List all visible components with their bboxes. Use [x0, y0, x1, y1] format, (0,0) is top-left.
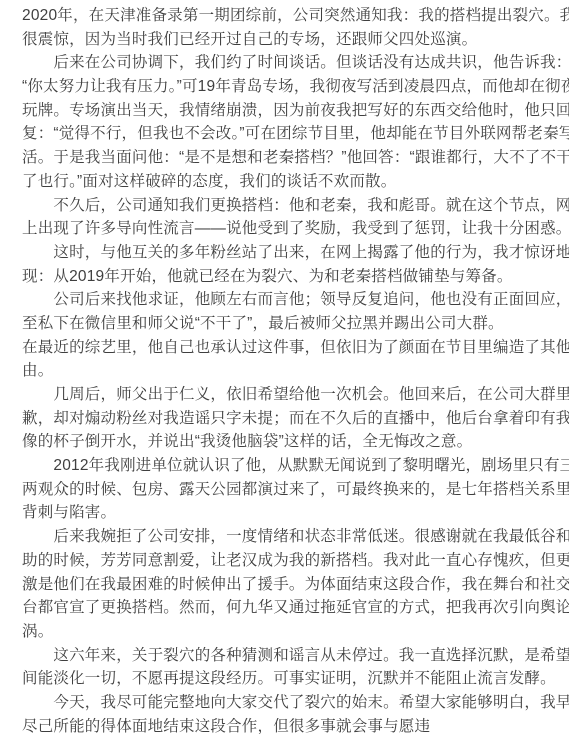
text-line: 2012年我刚进单位就认识了他，从默默无闻说到了黎明曙光，剧场里只有三: [22, 454, 569, 478]
text-line: 这时，与他互关的多年粉丝站了出来，在网上揭露了他的行为，我才惊讶地发: [22, 241, 569, 265]
text-line: “你太努力让我有压力。”可19年青岛专场，我彻夜写活到凌晨四点，而他却在彻夜: [22, 75, 569, 99]
text-line: 像的杯子倒开水，并说出“我烫他脑袋”这样的话，全无悔改之意。: [22, 430, 569, 454]
text-line: 复：“觉得不行，但我也不会改。”可在团综节目里，他却能在节目外联网帮老秦写: [22, 122, 569, 146]
text-line: 涡。: [22, 620, 569, 644]
text-line: 台都官宣了更换搭档。然而，何九华又通过拖延官宣的方式，把我再次引向舆论漩: [22, 596, 569, 620]
text-line: 今天，我尽可能完整地向大家交代了裂穴的始末。希望大家能够明白，我早已: [22, 691, 569, 715]
text-line: 很震惊，因为当时我们已经开过自己的专场，还跟师父四处巡演。: [22, 28, 569, 52]
text-line: 公司后来找他求证，他顾左右而言他；领导反复追问，他也没有正面回应，甚: [22, 288, 569, 312]
text-line: 尽己所能的得体面地结束这段合作，但很多事就会事与愿违: [22, 715, 569, 734]
article-body: 2020年，在天津准备录第一期团综前，公司突然通知我：我的搭档提出裂穴。我 很震…: [0, 0, 585, 734]
text-line: 后来在公司协调下，我们约了时间谈话。但谈话没有达成共识，他告诉我：: [22, 51, 569, 75]
text-line: 在最近的综艺里，他自己也承认过这件事，但依旧为了颜面在节目里编造了其他理: [22, 336, 569, 360]
text-line: 间能淡化一切，不愿再提这段经历。可事实证明，沉默并不能阻止流言发酵。: [22, 667, 569, 691]
text-line: 背刺与陷害。: [22, 501, 569, 525]
text-line: 两观众的时候、包房、露天公园都演过来了，可最终换来的，是七年搭档关系里的: [22, 478, 569, 502]
text-line: 上出现了许多导向性流言——说他受到了奖励，我受到了惩罚，让我十分困惑。: [22, 217, 569, 241]
text-line: 歉，却对煽动粉丝对我造谣只字未提；而在不久后的直播中，他后台拿着印有我头: [22, 407, 569, 431]
text-line: 至私下在微信里和师父说“不干了”，最后被师父拉黑并踢出公司大群。: [22, 312, 569, 336]
text-line: 激是他们在我最困难的时候伸出了援手。为体面结束这段合作，我在舞台和社交平: [22, 573, 569, 597]
text-line: 活。于是我当面问他：“是不是想和老秦搭档？”他回答：“跟谁都行，大不了不干: [22, 146, 569, 170]
text-line: 这六年来，关于裂穴的各种猜测和谣言从未停过。我一直选择沉默，是希望时: [22, 644, 569, 668]
text-line: 几周后，师父出于仁义，依旧希望给他一次机会。他回来后，在公司大群里道: [22, 383, 569, 407]
text-line: 后来我婉拒了公司安排，一度情绪和状态非常低迷。很感谢就在我最低谷和无: [22, 525, 569, 549]
text-line: 了也行。”面对这样破碎的态度，我们的谈话不欢而散。: [22, 170, 569, 194]
text-line: 由。: [22, 359, 569, 383]
text-line: 2020年，在天津准备录第一期团综前，公司突然通知我：我的搭档提出裂穴。我: [22, 4, 569, 28]
text-line: 不久后，公司通知我们更换搭档：他和老秦，我和彪哥。就在这个节点，网络: [22, 194, 569, 218]
text-line: 现：从2019年开始，他就已经在为裂穴、为和老秦搭档做铺垫与筹备。: [22, 265, 569, 289]
text-line: 玩牌。专场演出当天，我情绪崩溃，因为前夜我把写好的东西交给他时，他只回: [22, 99, 569, 123]
text-line: 助的时候，芳芳同意割爱，让老汉成为我的新搭档。我对此一直心存愧疚，但更感: [22, 549, 569, 573]
